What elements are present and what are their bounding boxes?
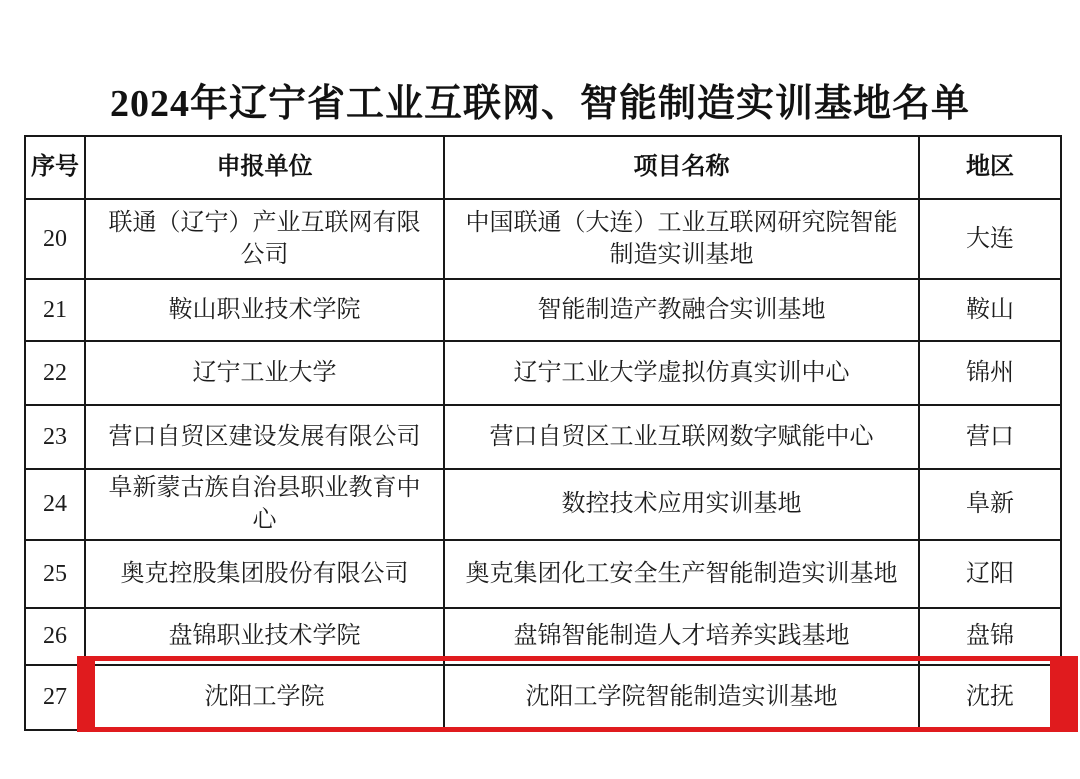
org-cell: 鞍山职业技术学院 (85, 279, 444, 341)
seq-cell: 20 (25, 199, 85, 279)
seq-cell: 27 (25, 665, 85, 730)
project-cell: 盘锦智能制造人才培养实践基地 (444, 608, 919, 665)
project-cell: 营口自贸区工业互联网数字赋能中心 (444, 405, 919, 469)
org-cell: 沈阳工学院 (85, 665, 444, 730)
region-cell: 营口 (919, 405, 1061, 469)
org-cell: 辽宁工业大学 (85, 341, 444, 405)
region-cell: 锦州 (919, 341, 1061, 405)
seq-cell: 23 (25, 405, 85, 469)
seq-cell: 24 (25, 469, 85, 540)
project-cell: 数控技术应用实训基地 (444, 469, 919, 540)
column-header-seq: 序号 (25, 136, 85, 199)
table-row: 24 阜新蒙古族自治县职业教育中 心 数控技术应用实训基地 阜新 (25, 469, 1061, 540)
table-header-row: 序号 申报单位 项目名称 地区 (25, 136, 1061, 199)
region-cell: 鞍山 (919, 279, 1061, 341)
project-cell: 中国联通（大连）工业互联网研究院智能 制造实训基地 (444, 199, 919, 279)
table-row: 20 联通（辽宁）产业互联网有限 公司 中国联通（大连）工业互联网研究院智能 制… (25, 199, 1061, 279)
table-row: 23 营口自贸区建设发展有限公司 营口自贸区工业互联网数字赋能中心 营口 (25, 405, 1061, 469)
region-cell: 大连 (919, 199, 1061, 279)
table-row: 21 鞍山职业技术学院 智能制造产教融合实训基地 鞍山 (25, 279, 1061, 341)
page-title: 2024年辽宁省工业互联网、智能制造实训基地名单 (0, 72, 1080, 127)
column-header-project: 项目名称 (444, 136, 919, 199)
org-cell: 阜新蒙古族自治县职业教育中 心 (85, 469, 444, 540)
seq-cell: 22 (25, 341, 85, 405)
region-cell: 沈抚 (919, 665, 1061, 730)
project-cell: 智能制造产教融合实训基地 (444, 279, 919, 341)
table-row: 26 盘锦职业技术学院 盘锦智能制造人才培养实践基地 盘锦 (25, 608, 1061, 665)
region-cell: 盘锦 (919, 608, 1061, 665)
column-header-org: 申报单位 (85, 136, 444, 199)
project-cell: 辽宁工业大学虚拟仿真实训中心 (444, 341, 919, 405)
seq-cell: 21 (25, 279, 85, 341)
seq-cell: 26 (25, 608, 85, 665)
region-cell: 辽阳 (919, 540, 1061, 608)
table-row: 25 奥克控股集团股份有限公司 奥克集团化工安全生产智能制造实训基地 辽阳 (25, 540, 1061, 608)
table-row: 22 辽宁工业大学 辽宁工业大学虚拟仿真实训中心 锦州 (25, 341, 1061, 405)
document-page: 2024年辽宁省工业互联网、智能制造实训基地名单 序号 申报单位 项目名称 地区… (0, 0, 1080, 779)
org-cell: 奥克控股集团股份有限公司 (85, 540, 444, 608)
table-row-highlighted: 27 沈阳工学院 沈阳工学院智能制造实训基地 沈抚 (25, 665, 1061, 730)
project-cell: 奥克集团化工安全生产智能制造实训基地 (444, 540, 919, 608)
org-cell: 营口自贸区建设发展有限公司 (85, 405, 444, 469)
project-cell: 沈阳工学院智能制造实训基地 (444, 665, 919, 730)
seq-cell: 25 (25, 540, 85, 608)
org-cell: 联通（辽宁）产业互联网有限 公司 (85, 199, 444, 279)
training-base-table: 序号 申报单位 项目名称 地区 20 联通（辽宁）产业互联网有限 公司 中国联通… (24, 135, 1062, 731)
column-header-region: 地区 (919, 136, 1061, 199)
region-cell: 阜新 (919, 469, 1061, 540)
org-cell: 盘锦职业技术学院 (85, 608, 444, 665)
